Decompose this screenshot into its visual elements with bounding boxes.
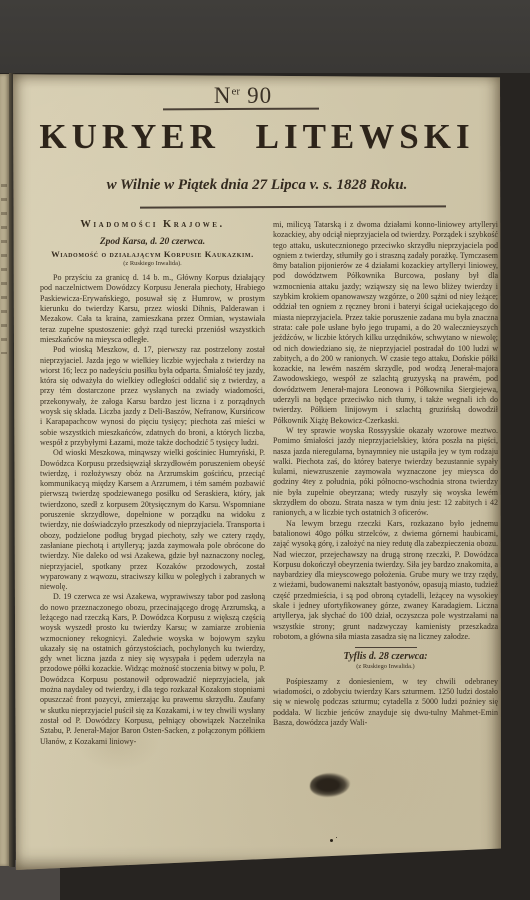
article-paragraph: Po przyściu za granicę d. 14 b. m., Głów… — [40, 273, 265, 345]
newspaper-title: KURYER LITEWSKI — [13, 117, 501, 157]
article1-dateline: Zpod Karsa, d. 20 czerwca. — [40, 237, 265, 247]
scan-background-top — [0, 0, 530, 73]
article-paragraph: Pośpieszamy z doniesieniem, w tey chwili… — [273, 677, 498, 728]
right-column: mi, milicyą Tatarską i z dwoma działami … — [273, 220, 498, 812]
ink-speck — [330, 839, 333, 842]
article1-heading: Wiadomość o działającym Korpusie Kaukazk… — [40, 249, 265, 259]
issue-superscript: er — [232, 85, 241, 97]
issue-prefix: N — [214, 83, 232, 108]
section-divider-rule — [355, 647, 417, 648]
article-paragraph: Pod wioską Meszkow, d. 17, pierwszy raz … — [40, 345, 265, 448]
scanned-newspaper-page: Ner90 KURYER LITEWSKI w Wilnie w Piątek … — [0, 0, 530, 900]
article-paragraph: mi, milicyą Tatarską i z dwoma działami … — [273, 220, 498, 426]
header-rule — [140, 205, 446, 208]
section-heading: Wiadomości Krajowe. — [40, 220, 265, 230]
masthead-rule — [163, 108, 319, 111]
article2-source-note: (z Ruskiego Inwalida.) — [273, 662, 498, 672]
article-paragraph: Od wioski Meszkowa, minąwszy wielki gośc… — [40, 448, 265, 592]
article2-heading: Tyflis d. 28 czerwca: — [273, 652, 498, 662]
issue-digits: 90 — [247, 83, 272, 108]
adjacent-page-text-fragments — [1, 184, 7, 354]
article1-source-note: (z Ruskiego Inwalida). — [40, 259, 265, 269]
paper-stain — [73, 713, 163, 773]
issue-number: Ner90 — [0, 83, 487, 109]
adjacent-page-edge — [0, 74, 9, 866]
article-paragraph: W tey sprawie woyska Rossyyskie okazały … — [273, 426, 498, 519]
newspaper-page: Ner90 KURYER LITEWSKI w Wilnie w Piątek … — [13, 73, 501, 870]
publication-dateline: w Wilnie w Piątek dnia 27 Lipca v. s. 18… — [13, 177, 501, 194]
article-paragraph: Na lewym brzegu rzeczki Kars, rozkazano … — [273, 519, 498, 643]
